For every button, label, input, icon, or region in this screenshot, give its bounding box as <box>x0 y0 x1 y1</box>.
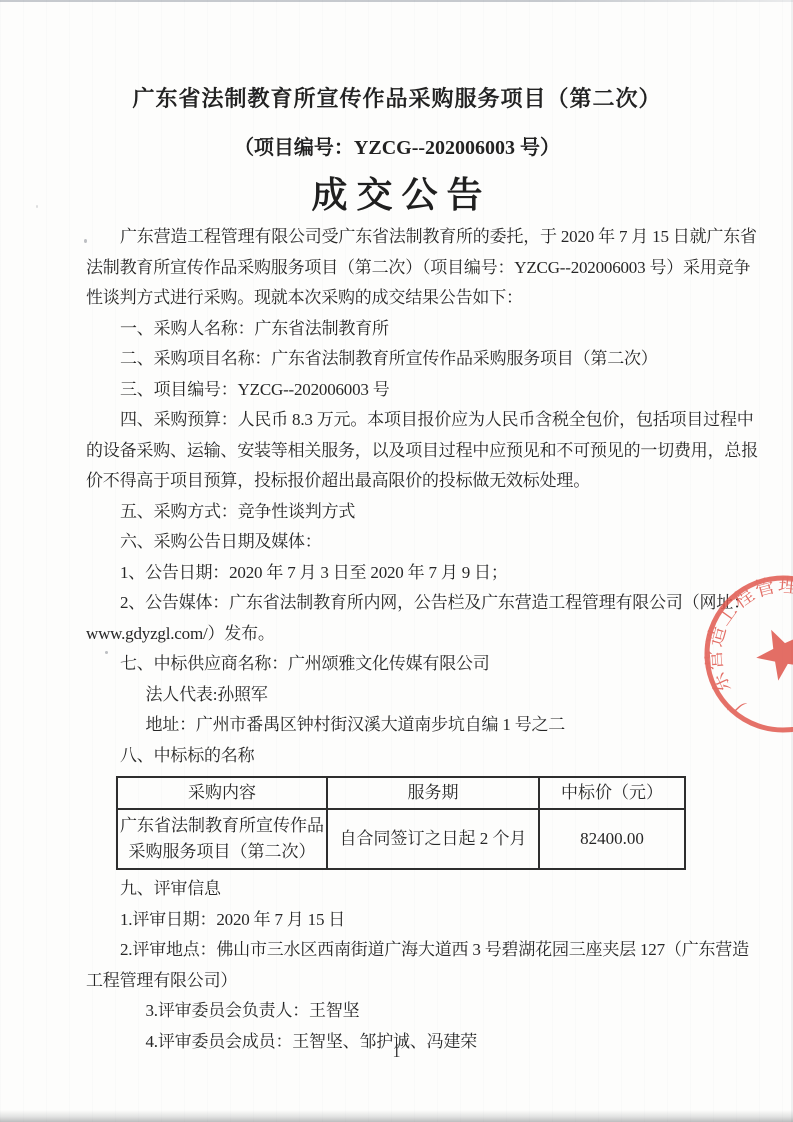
body-line: 五、采购方式：竞争性谈判方式 <box>86 497 708 528</box>
body-line: 广东营造工程管理有限公司受广东省法制教育所的委托，于 2020 年 7 月 15… <box>86 222 708 253</box>
cell-service-period: 自合同签订之日起 2 个月 <box>327 809 539 869</box>
notice-title: 成交公告 <box>86 172 708 218</box>
body-line: 2、公告媒体：广东省法制教育所内网，公告栏及广东营造工程管理有限公司（网址： <box>86 588 708 619</box>
table-header-row: 采购内容 服务期 中标价（元） <box>117 777 685 809</box>
body-line: 八、中标标的名称 <box>86 741 708 772</box>
scan-speckle <box>36 205 38 208</box>
body-line: 三、项目编号：YZCG--202006003 号 <box>86 375 708 406</box>
body-line: 的设备采购、运输、安装等相关服务，以及项目过程中应预见和不可预见的一切费用，总报 <box>86 436 708 467</box>
scanned-document-page: 广东省法制教育所宣传作品采购服务项目（第二次） （项目编号：YZCG--2020… <box>0 0 793 1122</box>
page-number: 1 <box>0 1044 793 1062</box>
body-text-after-table: 九、评审信息1.评审日期：2020 年 7 月 15 日2.评审地点：佛山市三水… <box>86 874 708 1057</box>
body-line: 一、采购人名称：广东省法制教育所 <box>86 314 708 345</box>
col-header-service-period: 服务期 <box>327 777 539 809</box>
body-line: 二、采购项目名称：广东省法制教育所宣传作品采购服务项目（第二次） <box>86 344 708 375</box>
col-header-procurement-content: 采购内容 <box>117 777 327 809</box>
col-header-award-price: 中标价（元） <box>539 777 685 809</box>
body-line: 性谈判方式进行采购。现就本次采购的成交结果公告如下： <box>86 283 708 314</box>
body-line: 六、采购公告日期及媒体： <box>86 527 708 558</box>
body-line: www.gdyzgl.com/）发布。 <box>86 619 708 650</box>
document-content: 广东省法制教育所宣传作品采购服务项目（第二次） （项目编号：YZCG--2020… <box>86 84 708 1057</box>
body-line: 法人代表:孙照军 <box>86 680 708 711</box>
body-line: 价不得高于项目预算，投标报价超出最高限价的投标做无效标处理。 <box>86 466 708 497</box>
body-line: 九、评审信息 <box>86 874 708 905</box>
cell-content-line: 广东省法制教育所宣传作品 <box>118 813 326 839</box>
body-line: 地址：广州市番禺区钟村街汉溪大道南步坑自编 1 号之二 <box>86 710 708 741</box>
body-line: 1.评审日期：2020 年 7 月 15 日 <box>86 905 708 936</box>
body-line: 七、中标供应商名称：广州颂雅文化传媒有限公司 <box>86 649 708 680</box>
cell-content-line: 采购服务项目（第二次） <box>118 839 326 865</box>
body-line: 工程管理有限公司） <box>86 966 708 997</box>
project-number-subtitle: （项目编号：YZCG--202006003 号） <box>86 134 708 162</box>
scan-edge-bottom <box>0 1110 793 1122</box>
body-text-before-table: 广东营造工程管理有限公司受广东省法制教育所的委托，于 2020 年 7 月 15… <box>86 222 708 771</box>
body-line: 法制教育所宣传作品采购服务项目（第二次）（项目编号：YZCG--20200600… <box>86 253 708 284</box>
table-row: 广东省法制教育所宣传作品 采购服务项目（第二次） 自合同签订之日起 2 个月 8… <box>117 809 685 869</box>
body-line: 2.评审地点：佛山市三水区西南街道广海大道西 3 号碧湖花园三座夹层 127（广… <box>86 935 708 966</box>
cell-award-price: 82400.00 <box>539 809 685 869</box>
body-line: 1、公告日期：2020 年 7 月 3 日至 2020 年 7 月 9 日； <box>86 558 708 589</box>
star-icon <box>748 618 793 684</box>
body-line: 3.评审委员会负责人：王智坚 <box>86 996 708 1027</box>
document-title: 广东省法制教育所宣传作品采购服务项目（第二次） <box>86 84 708 114</box>
body-line: 四、采购预算：人民币 8.3 万元。本项目报价应为人民币含税全包价，包括项目过程… <box>86 405 708 436</box>
cell-procurement-content: 广东省法制教育所宣传作品 采购服务项目（第二次） <box>117 809 327 869</box>
award-result-table: 采购内容 服务期 中标价（元） 广东省法制教育所宣传作品 采购服务项目（第二次）… <box>116 776 686 870</box>
scan-edge-top <box>0 0 793 2</box>
